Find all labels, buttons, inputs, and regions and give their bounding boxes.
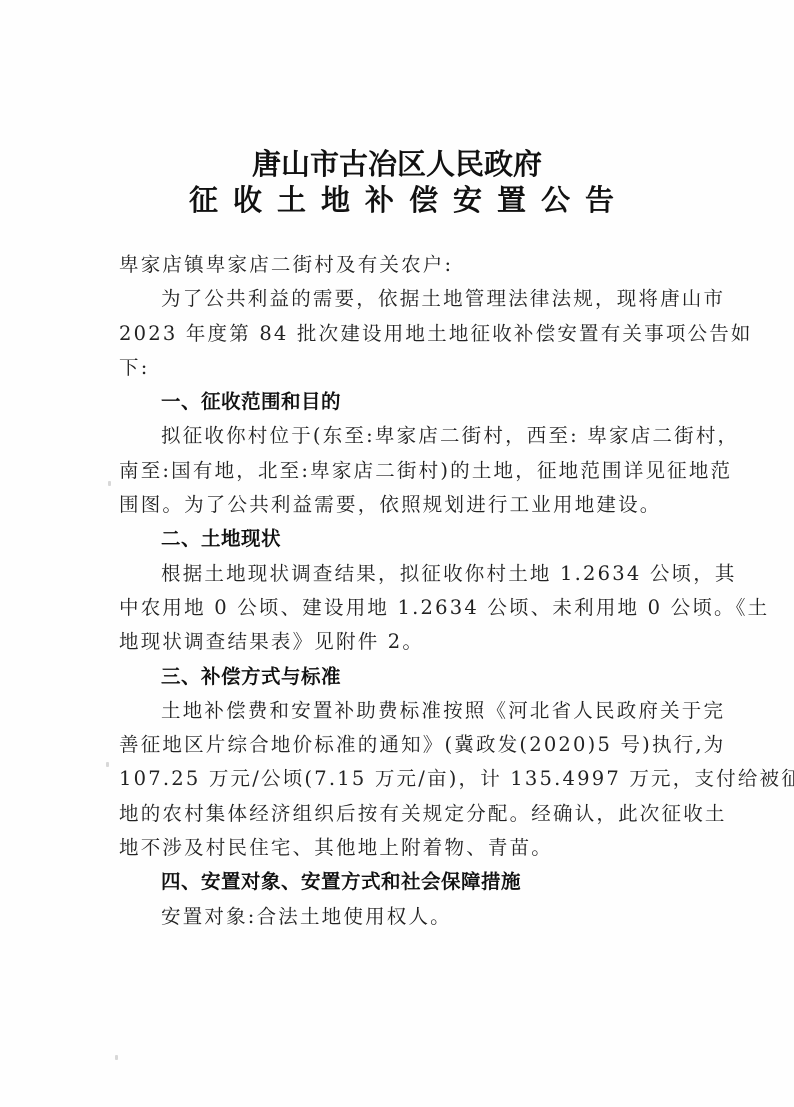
salutation: 卑家店镇卑家店二街村及有关农户: [119, 248, 707, 282]
section-line: 地不涉及村民住宅、其他地上附着物、青苗。 [119, 831, 707, 865]
section-heading-land-status: 二、土地现状 [119, 522, 707, 556]
section-line: 根据土地现状调查结果，拟征收你村土地 1.2634 公顷，其 [119, 557, 707, 591]
section-line: 土地补偿费和安置补助费标准按照《河北省人民政府关于完 [119, 694, 707, 728]
section-line: 地的农村集体经济组织后按有关规定分配。经确认，此次征收土 [119, 797, 707, 831]
intro-line: 为了公共利益的需要，依据土地管理法律法规，现将唐山市 [119, 282, 707, 316]
section-line: 107.25 万元/公顷(7.15 万元/亩)，计 135.4997 万元，支付… [119, 762, 707, 796]
scan-smudge [115, 1055, 118, 1060]
scan-smudge [108, 481, 111, 486]
section-line: 南至:国有地，北至:卑家店二街村)的土地，征地范围详见征地范 [119, 454, 707, 488]
section-heading-resettlement: 四、安置对象、安置方式和社会保障措施 [119, 865, 707, 899]
document-page: 唐山市古冶区人民政府 征收土地补偿安置公告 卑家店镇卑家店二街村及有关农户: 为… [0, 0, 794, 1107]
intro-line: 下: [119, 351, 707, 385]
intro-line: 2023 年度第 84 批次建设用地土地征收补偿安置有关事项公告如 [119, 317, 707, 351]
section-line: 拟征收你村位于(东至:卑家店二街村，西至: 卑家店二街村， [119, 419, 707, 453]
document-title-issuer: 唐山市古冶区人民政府 [0, 142, 794, 183]
document-title-notice: 征收土地补偿安置公告 [0, 178, 794, 219]
section-heading-scope: 一、征收范围和目的 [119, 385, 707, 419]
section-line: 地现状调查结果表》见附件 2。 [119, 625, 707, 659]
document-body: 卑家店镇卑家店二街村及有关农户: 为了公共利益的需要，依据土地管理法律法规，现将… [119, 248, 707, 934]
section-line: 善征地区片综合地价标准的通知》(冀政发(2020)5 号)执行,为 [119, 728, 707, 762]
section-line: 围图。为了公共利益需要，依照规划进行工业用地建设。 [119, 488, 707, 522]
section-heading-compensation: 三、补偿方式与标准 [119, 660, 707, 694]
scan-smudge [106, 762, 109, 767]
section-line: 中农用地 0 公顷、建设用地 1.2634 公顷、未利用地 0 公顷。《土 [119, 591, 707, 625]
section-line: 安置对象:合法土地使用权人。 [119, 900, 707, 934]
